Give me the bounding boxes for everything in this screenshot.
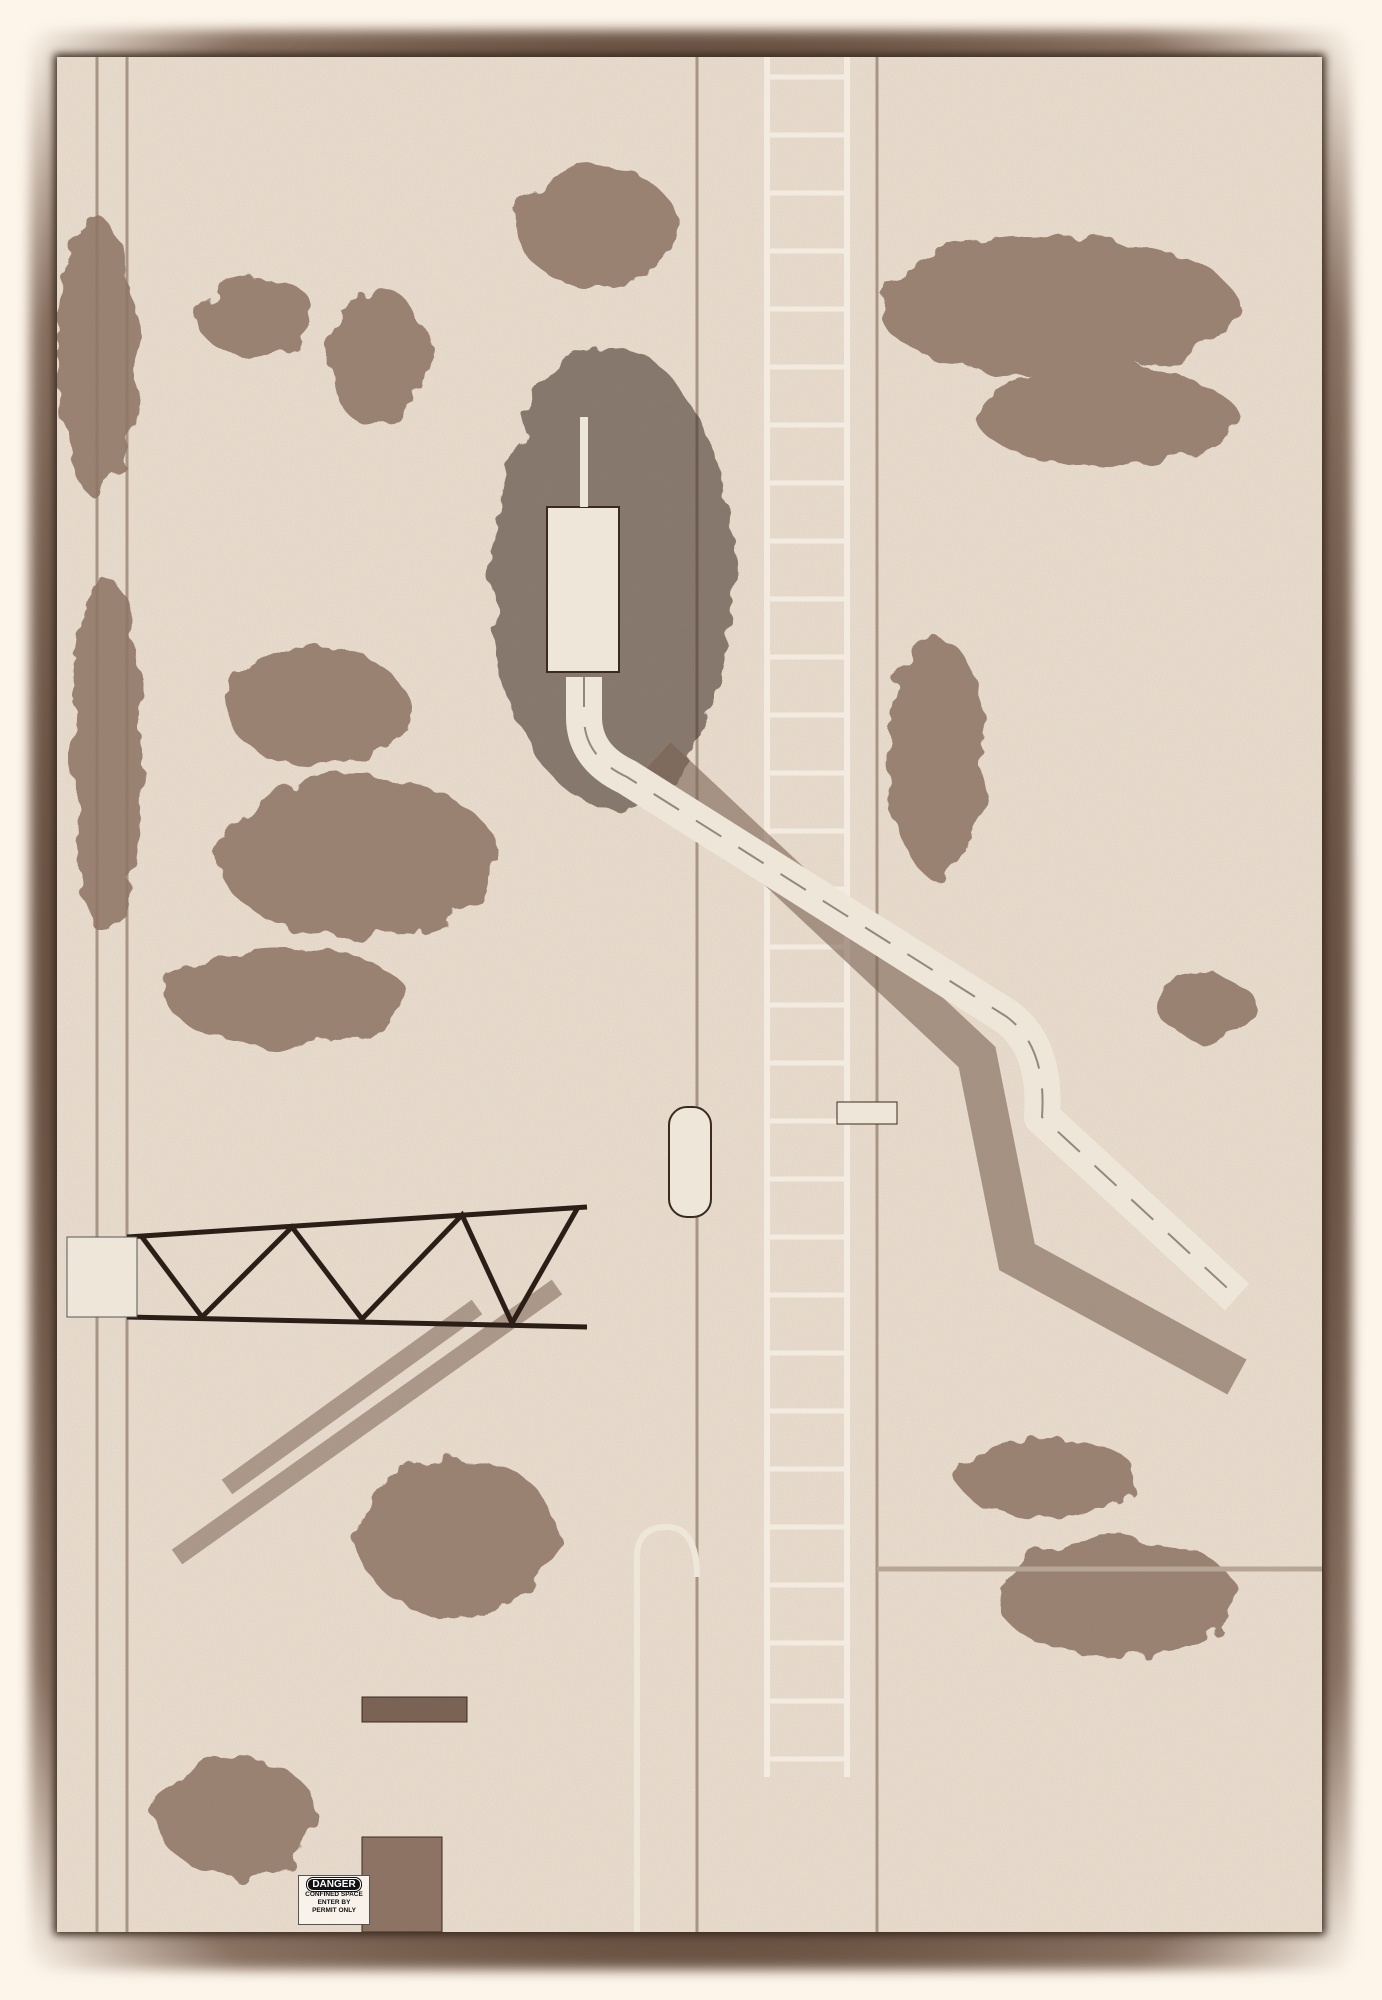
sign-header: DANGER <box>307 1878 360 1891</box>
wall-illustration <box>57 57 1322 1932</box>
stub-pipe <box>669 1107 711 1217</box>
sign-line: CONFINED SPACE <box>305 1891 363 1899</box>
sign-line: ENTER BY <box>318 1899 351 1907</box>
photo-wall: DANGER CONFINED SPACE ENTER BY PERMIT ON… <box>57 57 1322 1932</box>
valve-box <box>547 507 619 672</box>
hatch <box>362 1837 442 1932</box>
sign-line: PERMIT ONLY <box>312 1907 356 1915</box>
danger-sign: DANGER CONFINED SPACE ENTER BY PERMIT ON… <box>298 1875 370 1925</box>
